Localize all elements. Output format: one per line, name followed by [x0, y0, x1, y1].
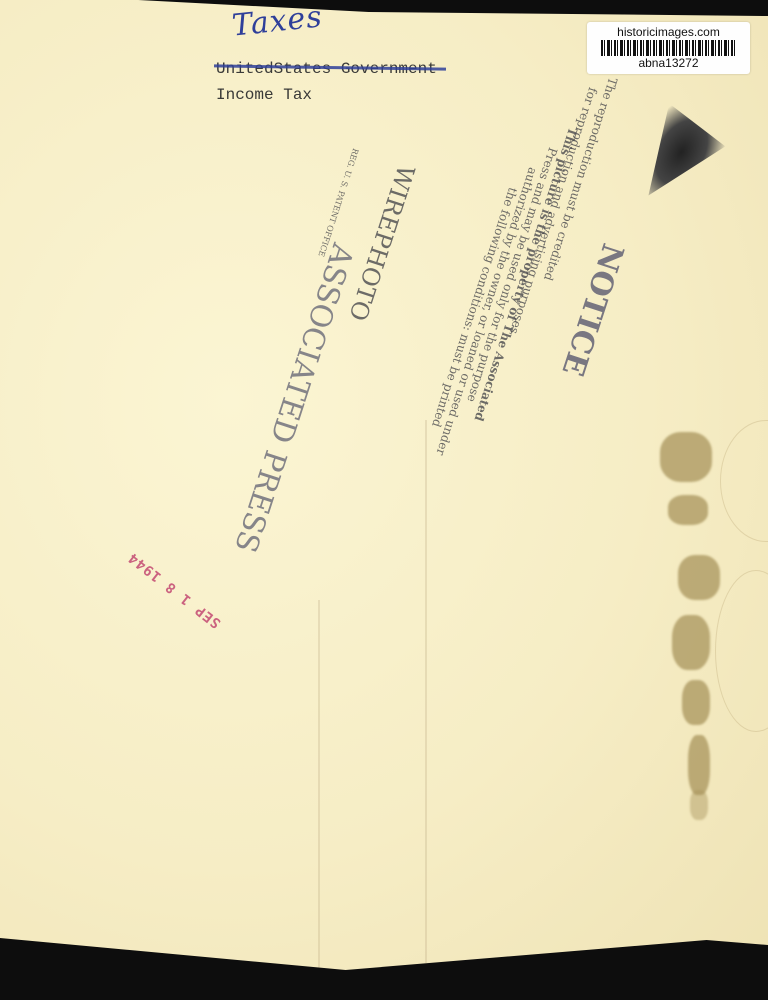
crease-line	[318, 600, 320, 980]
date-stamp: SEP 1 8 1944	[125, 549, 224, 631]
stain-mark	[668, 495, 708, 525]
stamp-agency: ASSOCIATED PRESS	[227, 239, 360, 556]
stamp-wirephoto: WIREPHOTO	[343, 161, 420, 324]
crease-line	[425, 420, 427, 980]
stain-mark	[688, 735, 710, 795]
photo-back-paper: Taxes UnitedStates Government Income Tax…	[0, 0, 768, 1000]
stain-mark	[690, 790, 708, 820]
stamp-patent: REG. U. S. PATENT OFFICE	[316, 147, 360, 258]
label-site: historicimages.com	[587, 25, 750, 39]
barcode-label: historicimages.com abna13272	[587, 22, 750, 74]
typed-line-subject: Income Tax	[216, 86, 312, 104]
label-code: abna13272	[587, 56, 750, 70]
stain-mark	[678, 555, 720, 600]
stamp-notice: NOTICE	[554, 239, 630, 380]
handwritten-note: Taxes	[230, 0, 324, 44]
stain-mark	[682, 680, 710, 725]
water-mark	[715, 570, 768, 732]
stain-mark	[660, 432, 712, 482]
stain-mark	[672, 615, 710, 670]
barcode-icon	[601, 40, 736, 56]
